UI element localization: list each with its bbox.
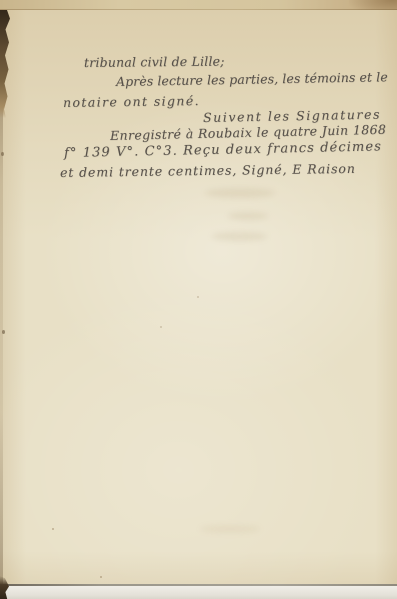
ink-bleedthrough-ghost bbox=[212, 232, 267, 241]
manuscript-page: tribunal civil de Lille; Après lecture l… bbox=[0, 10, 397, 585]
manuscript-line-1: tribunal civil de Lille; bbox=[84, 54, 225, 70]
ink-bleedthrough-ghost bbox=[228, 212, 268, 220]
manuscript-line-7: et demi trente centimes, Signé, E Raison bbox=[60, 161, 356, 180]
ink-bleedthrough-ghost bbox=[205, 188, 275, 198]
manuscript-line-3: notaire ont signé. bbox=[63, 93, 200, 110]
foxing-speck bbox=[100, 576, 102, 578]
scanned-manuscript-photo: tribunal civil de Lille; Après lecture l… bbox=[0, 0, 397, 599]
foxing-speck bbox=[197, 296, 199, 298]
foxing-speck bbox=[52, 528, 54, 530]
foxing-speck bbox=[160, 326, 162, 328]
manuscript-line-2: Après lecture les parties, les témoins e… bbox=[116, 69, 388, 89]
under-page-surface bbox=[0, 586, 397, 599]
ink-bleedthrough-ghost bbox=[200, 525, 260, 533]
torn-binding-edge bbox=[0, 10, 10, 118]
